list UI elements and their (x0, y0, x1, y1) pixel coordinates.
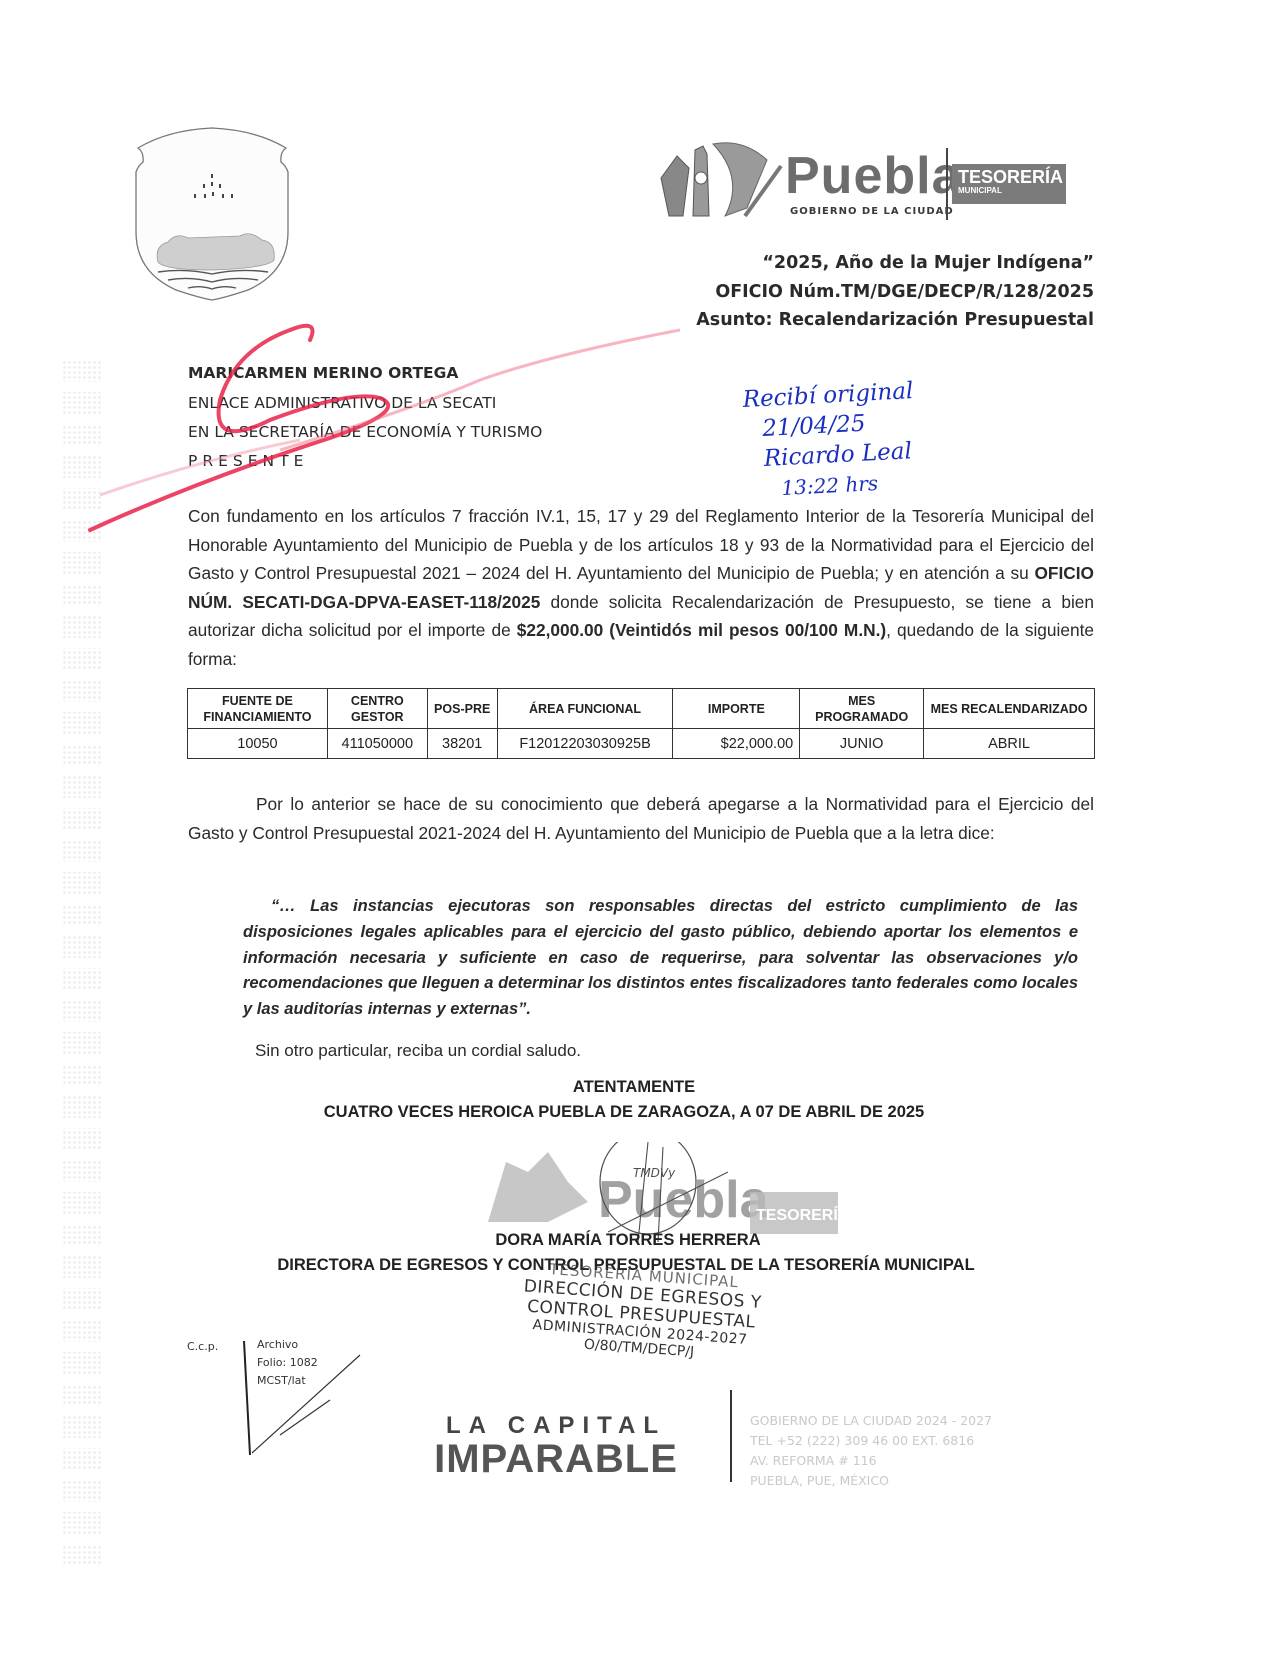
brand-line2: IMPARABLE (418, 1440, 694, 1478)
footer-divider (730, 1390, 732, 1482)
footer-info-line: TEL +52 (222) 309 46 00 EXT. 6816 (750, 1431, 992, 1451)
col-management-center: CENTRO GESTOR (327, 689, 427, 729)
place-and-date: CUATRO VECES HEROICA PUEBLA DE ZARAGOZA,… (0, 1103, 1258, 1122)
table-header-row: FUENTE DE FINANCIAMIENTO CENTRO GESTOR P… (188, 689, 1095, 729)
col-scheduled-month: MES PROGRAMADO (800, 689, 924, 729)
tesoreria-badge-subtitle: MUNICIPAL (952, 186, 1066, 195)
tesoreria-badge: TESORERÍA MUNICIPAL (952, 164, 1066, 204)
cell-rescheduled-month: ABRIL (924, 729, 1095, 759)
svg-text:TESORERÍA: TESORERÍA (756, 1205, 838, 1224)
logo-subtitle: GOBIERNO DE LA CIUDAD (790, 206, 954, 217)
handwritten-receipt-note: Recibí original 21/04/25 Ricardo Leal 13… (742, 376, 919, 505)
paragraph-text: Con fundamento en los artículos 7 fracci… (188, 506, 1094, 583)
recipient-presente: PRESENTE (188, 452, 308, 470)
decorative-side-border (62, 360, 102, 1570)
cell-amount: $22,000.00 (673, 729, 800, 759)
closing-line: Sin otro particular, reciba un cordial s… (255, 1041, 581, 1061)
subject-line: Asunto: Recalendarización Presupuestal (696, 310, 1094, 330)
ccp-item: Folio: 1082 (257, 1354, 318, 1372)
footer-info-line: GOBIERNO DE LA CIUDAD 2024 - 2027 (750, 1411, 992, 1431)
department-rubber-stamp: TESORERÍA MUNICIPAL DIRECCIÓN DE EGRESOS… (514, 1258, 770, 1365)
col-rescheduled-month: MES RECALENDARIZADO (924, 689, 1095, 729)
cell-funding-source: 10050 (188, 729, 328, 759)
year-motto: “2025, Año de la Mujer Indígena” (762, 253, 1094, 273)
ccp-label: C.c.p. (187, 1340, 218, 1353)
col-pos-pre: POS-PRE (427, 689, 497, 729)
la-capital-imparable-logo: LA CAPITAL IMPARABLE (418, 1410, 694, 1490)
footer-info-line: AV. REFORMA # 116 (750, 1451, 992, 1471)
col-functional-area: ÁREA FUNCIONAL (497, 689, 673, 729)
col-amount: IMPORTE (673, 689, 800, 729)
salutation: ATENTAMENTE (0, 1078, 1268, 1097)
recipient-title: ENLACE ADMINISTRATIVO DE LA SECATI (188, 394, 496, 412)
logo-divider (946, 148, 948, 220)
regulation-quote: “… Las instancias ejecutoras son respons… (243, 894, 1078, 1023)
col-funding-source: FUENTE DE FINANCIAMIENTO (188, 689, 328, 729)
ccp-item: MCST/lat (257, 1372, 318, 1390)
recipient-name: MARICARMEN MERINO ORTEGA (188, 364, 458, 382)
brand-line1: LA CAPITAL (418, 1410, 694, 1440)
cell-functional-area: F12012203030925B (497, 729, 673, 759)
body-paragraph-authorization: Con fundamento en los artículos 7 fracci… (188, 502, 1094, 673)
cell-scheduled-month: JUNIO (800, 729, 924, 759)
svg-text:TMDVy: TMDVy (633, 1166, 676, 1180)
cell-pos-pre: 38201 (427, 729, 497, 759)
city-crest-icon (128, 122, 296, 302)
paragraph-text: Por lo anterior se hace de su conocimien… (188, 794, 1094, 843)
cell-management-center: 411050000 (327, 729, 427, 759)
recipient-organization: EN LA SECRETARÍA DE ECONOMÍA Y TURISMO (188, 423, 542, 441)
footer-info-line: PUEBLA, PUE, MÉXICO (750, 1471, 992, 1491)
budget-recalendar-table: FUENTE DE FINANCIAMIENTO CENTRO GESTOR P… (187, 688, 1095, 759)
oficio-number: OFICIO Núm.TM/DGE/DECP/R/128/2025 (715, 282, 1094, 302)
quote-text: “… Las instancias ejecutoras son respons… (243, 897, 1078, 1018)
puebla-emblem-icon (655, 138, 785, 220)
logo-wordmark: Puebla (785, 150, 962, 202)
svg-text:Puebla: Puebla (598, 1171, 770, 1229)
tesoreria-badge-title: TESORERÍA (952, 164, 1066, 186)
signer-name: DORA MARÍA TORRES HERRERA (0, 1231, 1262, 1250)
ccp-item: Archivo (257, 1336, 318, 1354)
footer-contact-info: GOBIERNO DE LA CIUDAD 2024 - 2027 TEL +5… (750, 1411, 992, 1491)
body-paragraph-compliance: Por lo anterior se hace de su conocimien… (188, 790, 1094, 847)
table-row: 10050 411050000 38201 F12012203030925B $… (188, 729, 1095, 759)
authorized-amount: $22,000.00 (Veintidós mil pesos 00/100 M… (517, 620, 886, 640)
ccp-list: Archivo Folio: 1082 MCST/lat (257, 1336, 318, 1390)
